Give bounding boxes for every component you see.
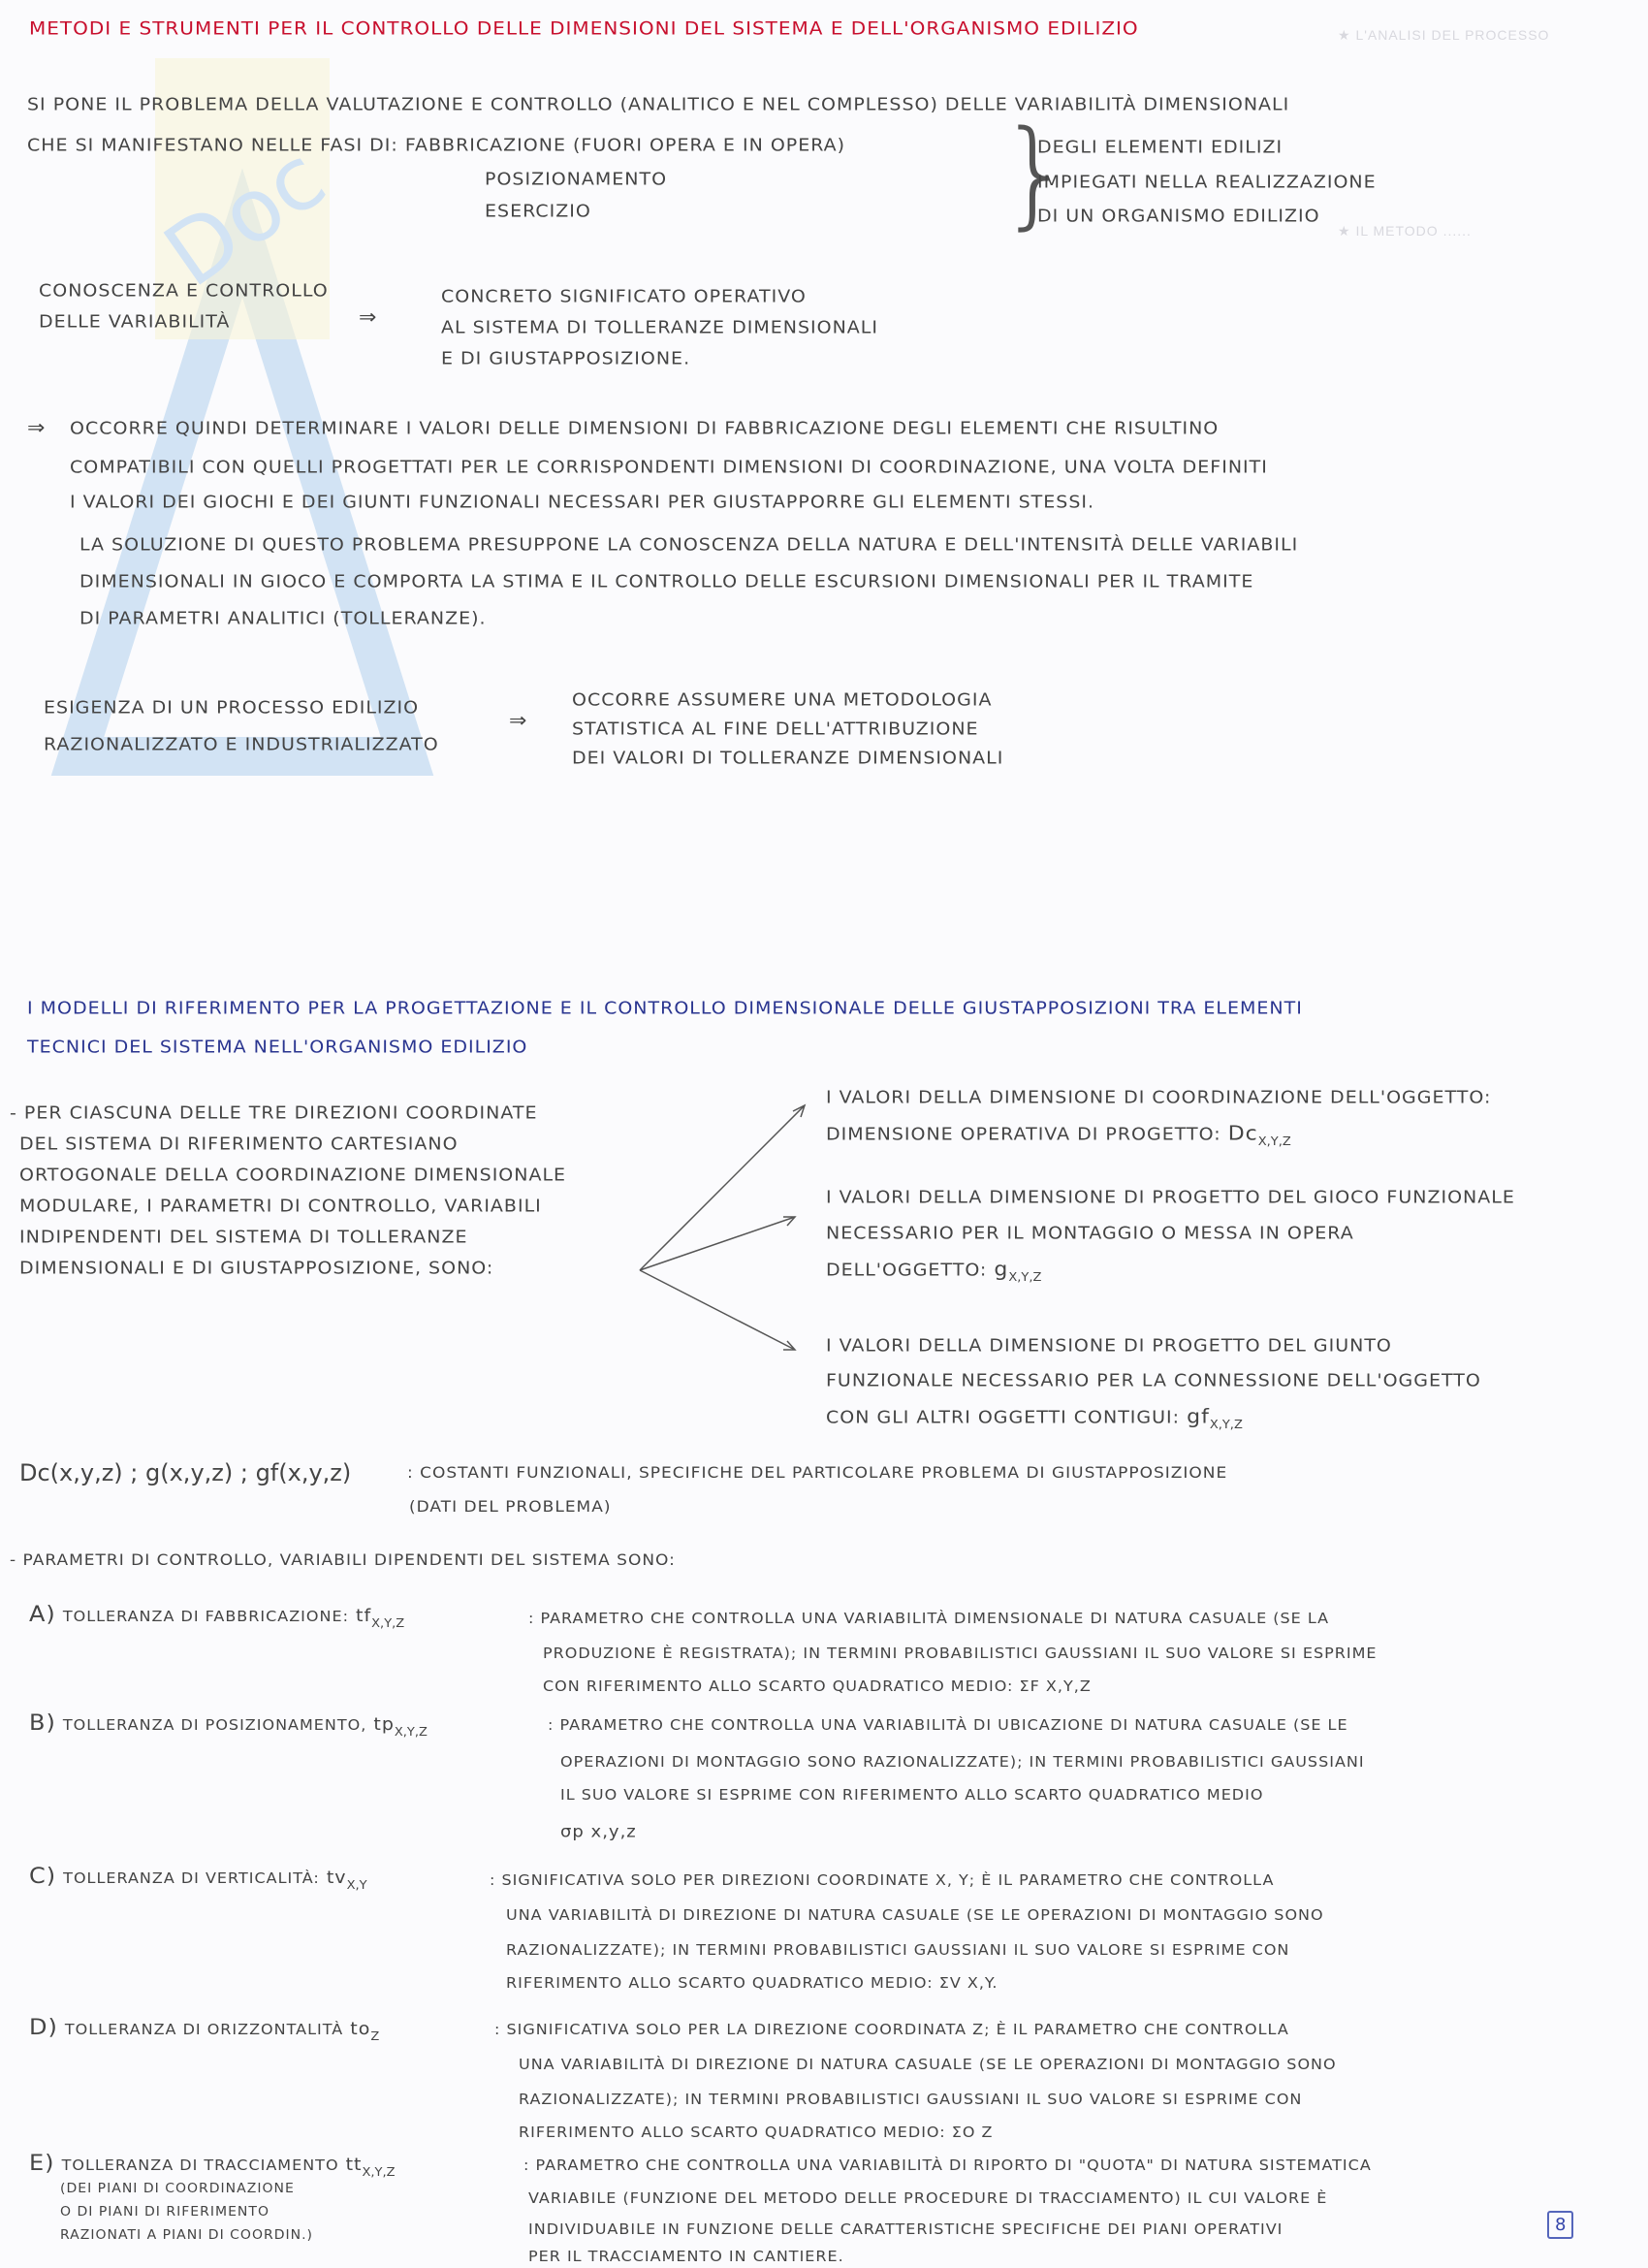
tolerance-e-note-3: razionati a piani di coordin.)	[60, 2228, 313, 2243]
tolerance-a-label: a) Tolleranza di fabbricazione: tfx,y,z	[29, 1602, 404, 1631]
tolerance-c-subscript: x,y	[347, 1879, 367, 1893]
branch-2-line-3: dell'oggetto: gx,y,z	[826, 1259, 1041, 1285]
tolerance-d-name: Tolleranza di orizzontalità	[65, 2021, 343, 2037]
tolerance-b-desc-4: σp x,y,z	[560, 1823, 637, 1842]
tolerance-e-subscript: x,y,z	[363, 2166, 396, 2180]
tolerance-c-name: Tolleranza di verticalità:	[63, 1869, 320, 1886]
branch-3-subscript: x,y,z	[1210, 1419, 1243, 1432]
tolerance-b-name: Tolleranza di posizionamento,	[63, 1716, 366, 1733]
tolerance-d-letter: d)	[29, 2015, 58, 2040]
tolerance-b-symbol: tp	[373, 1715, 395, 1735]
branch-1-text: dimensione operativa di progetto:	[826, 1125, 1221, 1144]
tolerance-e-desc-1: : Parametro che controlla una variabilit…	[523, 2156, 1372, 2174]
branch-3-line-3: con gli altri oggetti contigui: gfx,y,z	[826, 1406, 1243, 1432]
page-number: 8	[1547, 2211, 1573, 2239]
tolerance-e-desc-2: variabile (funzione del metodo delle pro…	[528, 2189, 1327, 2207]
tolerance-a-symbol: tf	[356, 1607, 371, 1626]
tolerance-d-subscript: z	[370, 2030, 379, 2044]
branch-3-text: con gli altri oggetti contigui:	[826, 1408, 1180, 1427]
tolerance-c-desc-4: riferimento allo scarto quadratico medio…	[506, 1974, 998, 1992]
tolerance-e-symbol: tt	[346, 2156, 363, 2175]
tolerance-d-label: d) Tolleranza di orizzontalità toz	[29, 2015, 379, 2044]
tolerance-a-desc-2: produzione è registrata); in termini pro…	[543, 1645, 1378, 1662]
tolerance-d-desc-2: una variabilità di direzione di natura c…	[519, 2056, 1337, 2073]
tolerance-e-name: Tolleranza di tracciamento	[62, 2156, 339, 2173]
tolerance-d-desc-1: : Significativa solo per la direzione co…	[494, 2021, 1289, 2038]
tolerance-b-label: b) Tolleranza di posizionamento, tpx,y,z	[29, 1710, 428, 1740]
tolerance-d-symbol: to	[350, 2020, 370, 2039]
tolerance-d-desc-3: razionalizzate); in termini probabilisti…	[519, 2091, 1302, 2108]
branch-1-line-1: I valori della dimensione di coordinazio…	[826, 1088, 1491, 1108]
tolerance-e-desc-4: per il tracciamento in cantiere.	[528, 2248, 844, 2265]
tolerance-e-note-1: (dei piani di coordinazione	[60, 2182, 295, 2196]
tolerance-b-desc-2: operazioni di montaggio sono razionalizz…	[560, 1753, 1365, 1771]
tolerance-e-letter: e)	[29, 2151, 55, 2176]
constants-desc: : costanti funzionali, specifiche del pa…	[407, 1464, 1227, 1483]
tolerance-c-desc-2: una variabilità di direzione di natura c…	[506, 1906, 1324, 1924]
tolerance-a-letter: a)	[29, 1602, 56, 1627]
tolerance-e-desc-3: individuabile in funzione delle caratter…	[528, 2220, 1283, 2238]
branch-1-symbol: Dc	[1228, 1123, 1258, 1145]
branch-2-symbol: g	[994, 1259, 1008, 1281]
tolerance-a-desc-3: con riferimento allo scarto quadratico m…	[543, 1677, 1092, 1695]
tolerance-c-label: c) Tolleranza di verticalità: tvx,y	[29, 1864, 367, 1893]
constants-note: (dati del problema)	[409, 1498, 612, 1517]
tolerance-c-desc-1: : Significativa solo per direzioni coord…	[490, 1871, 1274, 1889]
dependent-intro: - Parametri di controllo, variabili dipe…	[10, 1551, 676, 1570]
tolerance-a-name: Tolleranza di fabbricazione:	[63, 1608, 349, 1624]
branch-2-line-2: necessario per il montaggio o messa in o…	[826, 1224, 1354, 1244]
tolerance-b-letter: b)	[29, 1710, 56, 1736]
tolerance-c-symbol: tv	[327, 1869, 347, 1888]
tolerance-e-note-2: o di piani di riferimento	[60, 2205, 269, 2220]
tolerance-d-desc-4: riferimento allo scarto quadratico medio…	[519, 2124, 993, 2141]
tolerance-a-subscript: x,y,z	[371, 1617, 404, 1631]
tolerance-b-desc-1: : Parametro che controlla una variabilit…	[548, 1716, 1348, 1734]
branch-arrows	[0, 0, 1648, 2268]
tolerance-a-desc-1: : Parametro che controlla una variabilit…	[528, 1610, 1329, 1627]
tolerance-c-desc-3: razionalizzate); in termini probabilisti…	[506, 1941, 1289, 1959]
branch-1-subscript: x,y,z	[1258, 1135, 1291, 1149]
branch-2-subscript: x,y,z	[1008, 1271, 1041, 1285]
tolerance-e-label: e) Tolleranza di tracciamento ttx,y,z	[29, 2151, 396, 2180]
branch-2-line-1: I valori della dimensione di progetto de…	[826, 1188, 1515, 1208]
constants-formula: Dc(x,y,z) ; g(x,y,z) ; gf(x,y,z)	[19, 1459, 351, 1486]
tolerance-b-subscript: x,y,z	[395, 1726, 428, 1740]
branch-3-symbol: gf	[1187, 1406, 1210, 1428]
tolerance-c-letter: c)	[29, 1864, 56, 1889]
branch-1-line-2: dimensione operativa di progetto: Dcx,y,…	[826, 1123, 1291, 1149]
branch-2-text: dell'oggetto:	[826, 1261, 987, 1280]
branch-3-line-2: funzionale necessario per la connessione…	[826, 1371, 1481, 1391]
branch-3-line-1: I valori della dimensione di progetto de…	[826, 1336, 1392, 1357]
tolerance-b-desc-3: il suo valore si esprime con riferimento…	[560, 1786, 1263, 1804]
